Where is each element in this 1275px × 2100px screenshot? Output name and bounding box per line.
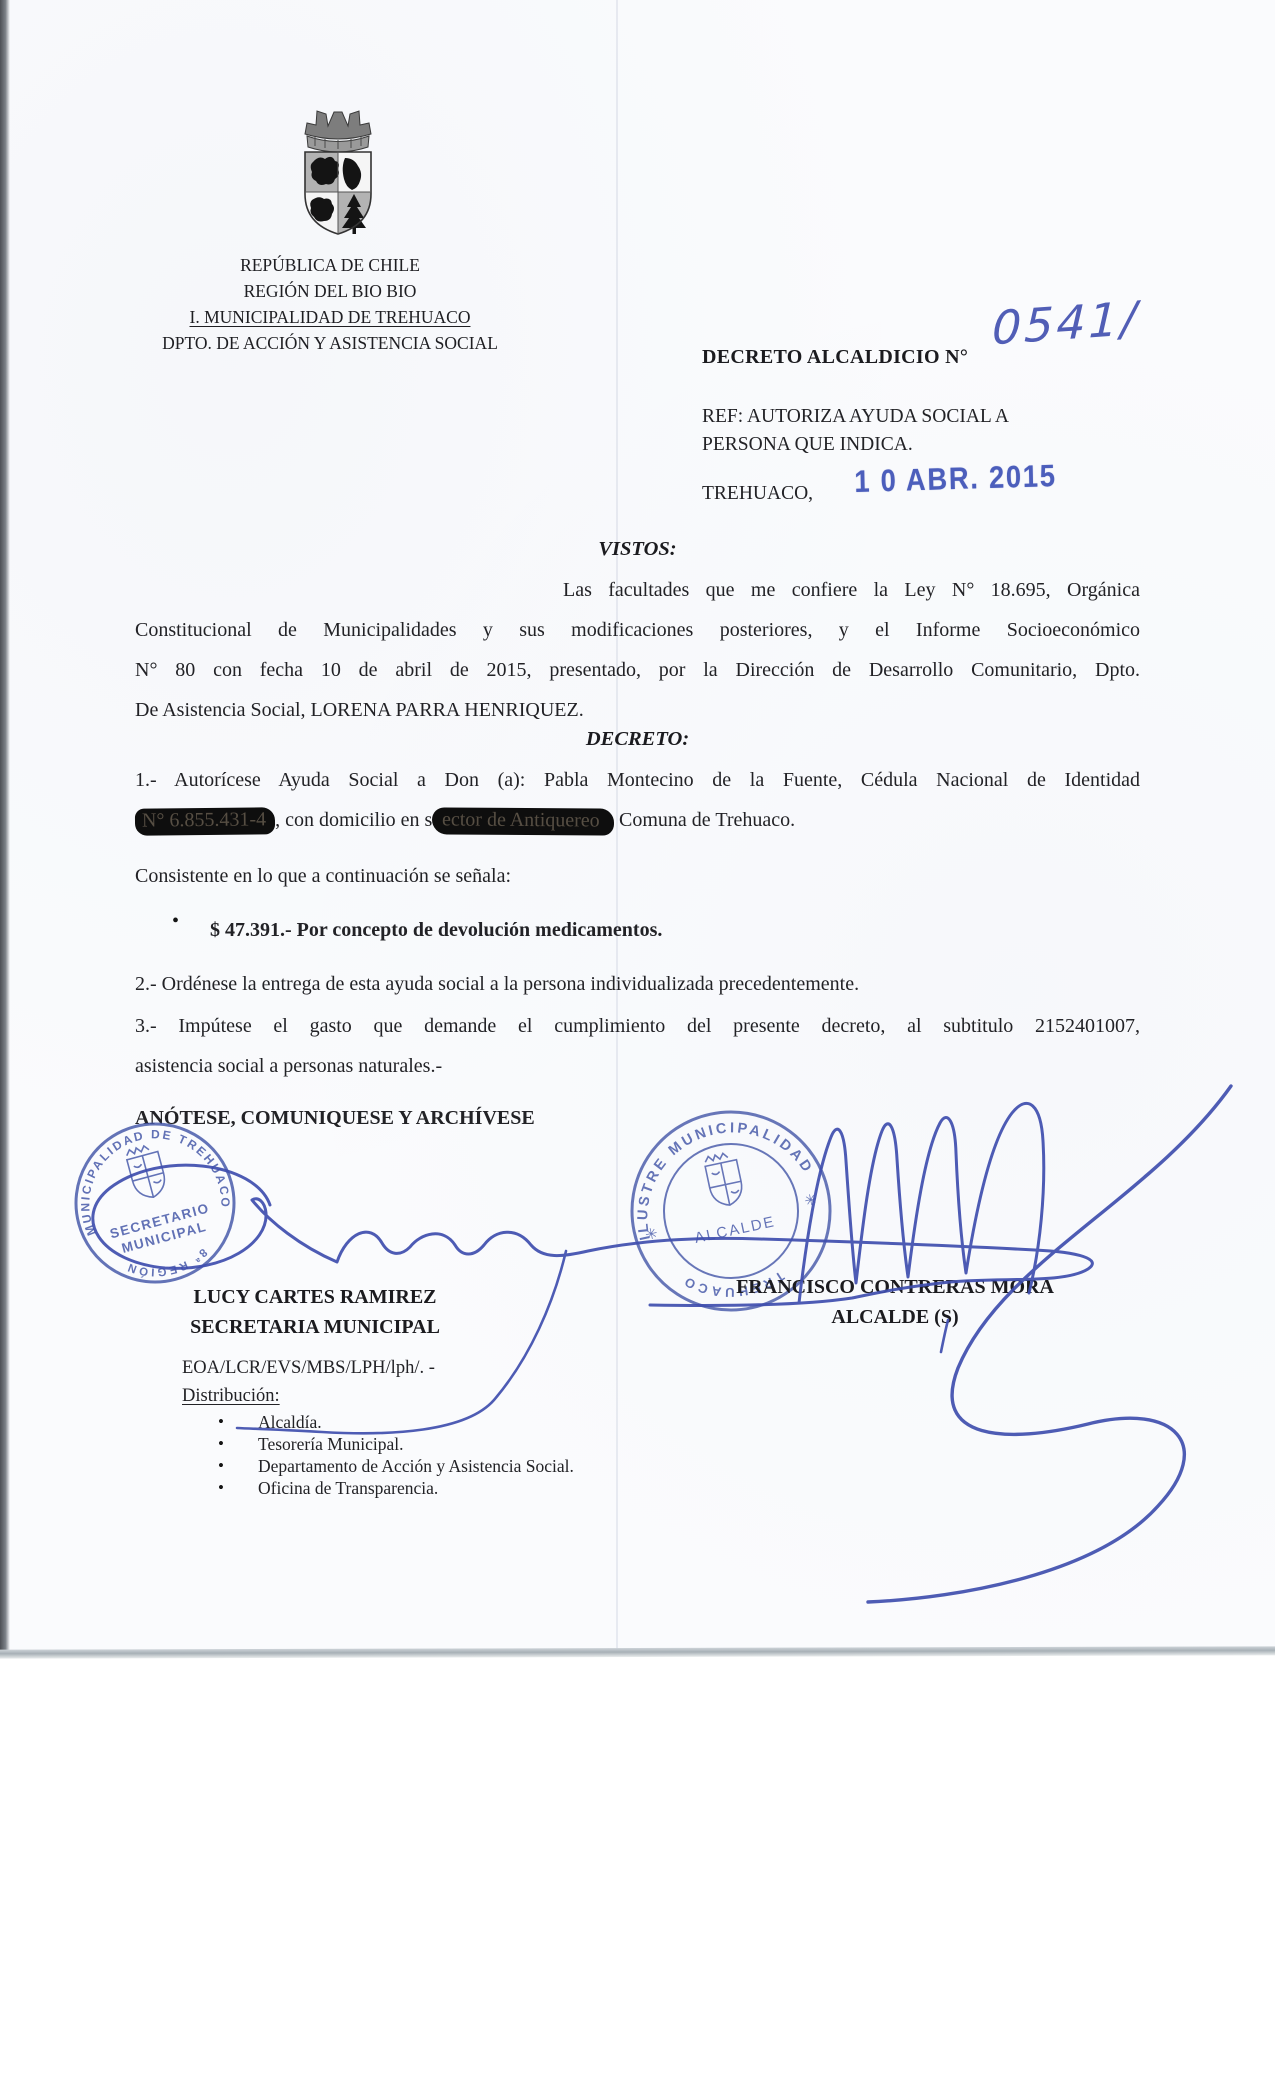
date-stamp: 1 0 ABR. 2015 bbox=[854, 458, 1057, 500]
paper-bottom-edge bbox=[0, 1646, 1275, 1658]
vistos-line-3: N° 80 con fecha 10 de abril de 2015, pre… bbox=[135, 650, 1140, 690]
letterhead: REPÚBLICA DE CHILE REGIÓN DEL BIO BIO I.… bbox=[110, 252, 550, 356]
decreto-item3-line2: asistencia social a personas naturales.- bbox=[135, 1046, 1140, 1086]
vistos-line-4: De Asistencia Social, LORENA PARRA HENRI… bbox=[135, 690, 1140, 730]
decree-ref-line2: PERSONA QUE INDICA. bbox=[702, 434, 913, 456]
letterhead-department: DPTO. DE ACCIÓN Y ASISTENCIA SOCIAL bbox=[110, 330, 550, 356]
distribution-bullet-4: • bbox=[218, 1478, 224, 1498]
left-signatory-name: LUCY CARTES RAMIREZ bbox=[115, 1282, 515, 1312]
decree-title: DECRETO ALCALDICIO N° bbox=[702, 346, 968, 369]
vistos-line-1: Las facultades que me confiere la Ley N°… bbox=[135, 570, 1140, 610]
drafting-initials: EOA/LCR/EVS/MBS/LPH/lph/. - bbox=[182, 1358, 435, 1379]
distribution-heading: Distribución: bbox=[182, 1386, 280, 1407]
vistos-line-2: Constitucional de Municipalidades y sus … bbox=[135, 610, 1140, 650]
left-signatory: LUCY CARTES RAMIREZ SECRETARIA MUNICIPAL bbox=[115, 1282, 515, 1342]
letterhead-region: REGIÓN DEL BIO BIO bbox=[110, 278, 550, 304]
mayor-stamp-left-asterisk: ✳ bbox=[644, 1225, 660, 1244]
svg-text:ILUSTRE MUNICIPALIDAD: ILUSTRE MUNICIPALIDAD bbox=[620, 1103, 823, 1241]
decreto-item2: 2.- Ordénese la entrega de esta ayuda so… bbox=[135, 964, 1140, 1004]
item1-mid-text: , con domicilio en s bbox=[275, 809, 432, 831]
vistos-heading: VISTOS: bbox=[135, 538, 1140, 561]
amount-bullet-dot: • bbox=[172, 910, 179, 933]
scan-edge-strip bbox=[0, 0, 10, 1652]
distribution-item-4: Oficina de Transparencia. bbox=[258, 1478, 438, 1499]
decree-ref-line1: REF: AUTORIZA AYUDA SOCIAL A bbox=[702, 406, 1009, 428]
distribution-item-2: Tesorería Municipal. bbox=[258, 1434, 404, 1455]
decree-place: TREHUACO, bbox=[702, 483, 813, 505]
item1-end-text: Comuna de Trehuaco. bbox=[614, 809, 795, 831]
distribution-bullet-2: • bbox=[218, 1434, 224, 1454]
distribution-bullet-3: • bbox=[218, 1456, 224, 1476]
amount-bullet-text: $ 47.391.- Por concepto de devolución me… bbox=[210, 910, 662, 950]
left-signatory-title: SECRETARIA MUNICIPAL bbox=[115, 1312, 515, 1342]
decreto-item1-line1: 1.- Autorícese Ayuda Social a Don (a): P… bbox=[135, 760, 1140, 800]
redacted-id-number: N° 6.855.431-4 bbox=[135, 807, 275, 835]
mayor-stamp-right-asterisk: ✳ bbox=[803, 1191, 819, 1210]
distribution-bullet-1: • bbox=[218, 1412, 224, 1432]
decreto-heading: DECRETO: bbox=[135, 728, 1140, 751]
letterhead-country: REPÚBLICA DE CHILE bbox=[110, 252, 550, 278]
decreto-item3-line1: 3.- Impútese el gasto que demande el cum… bbox=[135, 1006, 1140, 1046]
distribution-item-3: Departamento de Acción y Asistencia Soci… bbox=[258, 1456, 574, 1477]
consistente-line: Consistente en lo que a continuación se … bbox=[135, 856, 1140, 896]
letterhead-municipality: I. MUNICIPALIDAD DE TREHUACO bbox=[110, 304, 550, 330]
decreto-item1-line2: N° 6.855.431-4, con domicilio en sector … bbox=[135, 800, 1140, 840]
right-signatory-name: FRANCISCO CONTRERAS MORA bbox=[690, 1272, 1100, 1302]
redacted-address: ector de Antiquereo bbox=[432, 807, 614, 835]
secretary-municipal-stamp: MUNICIPALIDAD DE TREHUACO 8ª REGIÓN SECR… bbox=[64, 1112, 246, 1294]
mayor-stamp-center: ALCALDE bbox=[693, 1213, 777, 1247]
distribution-item-1: Alcaldía. bbox=[258, 1412, 322, 1433]
right-signatory-title: ALCALDE (S) bbox=[690, 1302, 1100, 1332]
municipal-coat-of-arms-icon bbox=[293, 106, 383, 240]
right-signatory: FRANCISCO CONTRERAS MORA ALCALDE (S) bbox=[690, 1272, 1100, 1332]
mayor-stamp-arc-top: ILUSTRE MUNICIPALIDAD bbox=[620, 1103, 823, 1241]
decree-number-handwritten: 0541/ bbox=[991, 291, 1140, 356]
